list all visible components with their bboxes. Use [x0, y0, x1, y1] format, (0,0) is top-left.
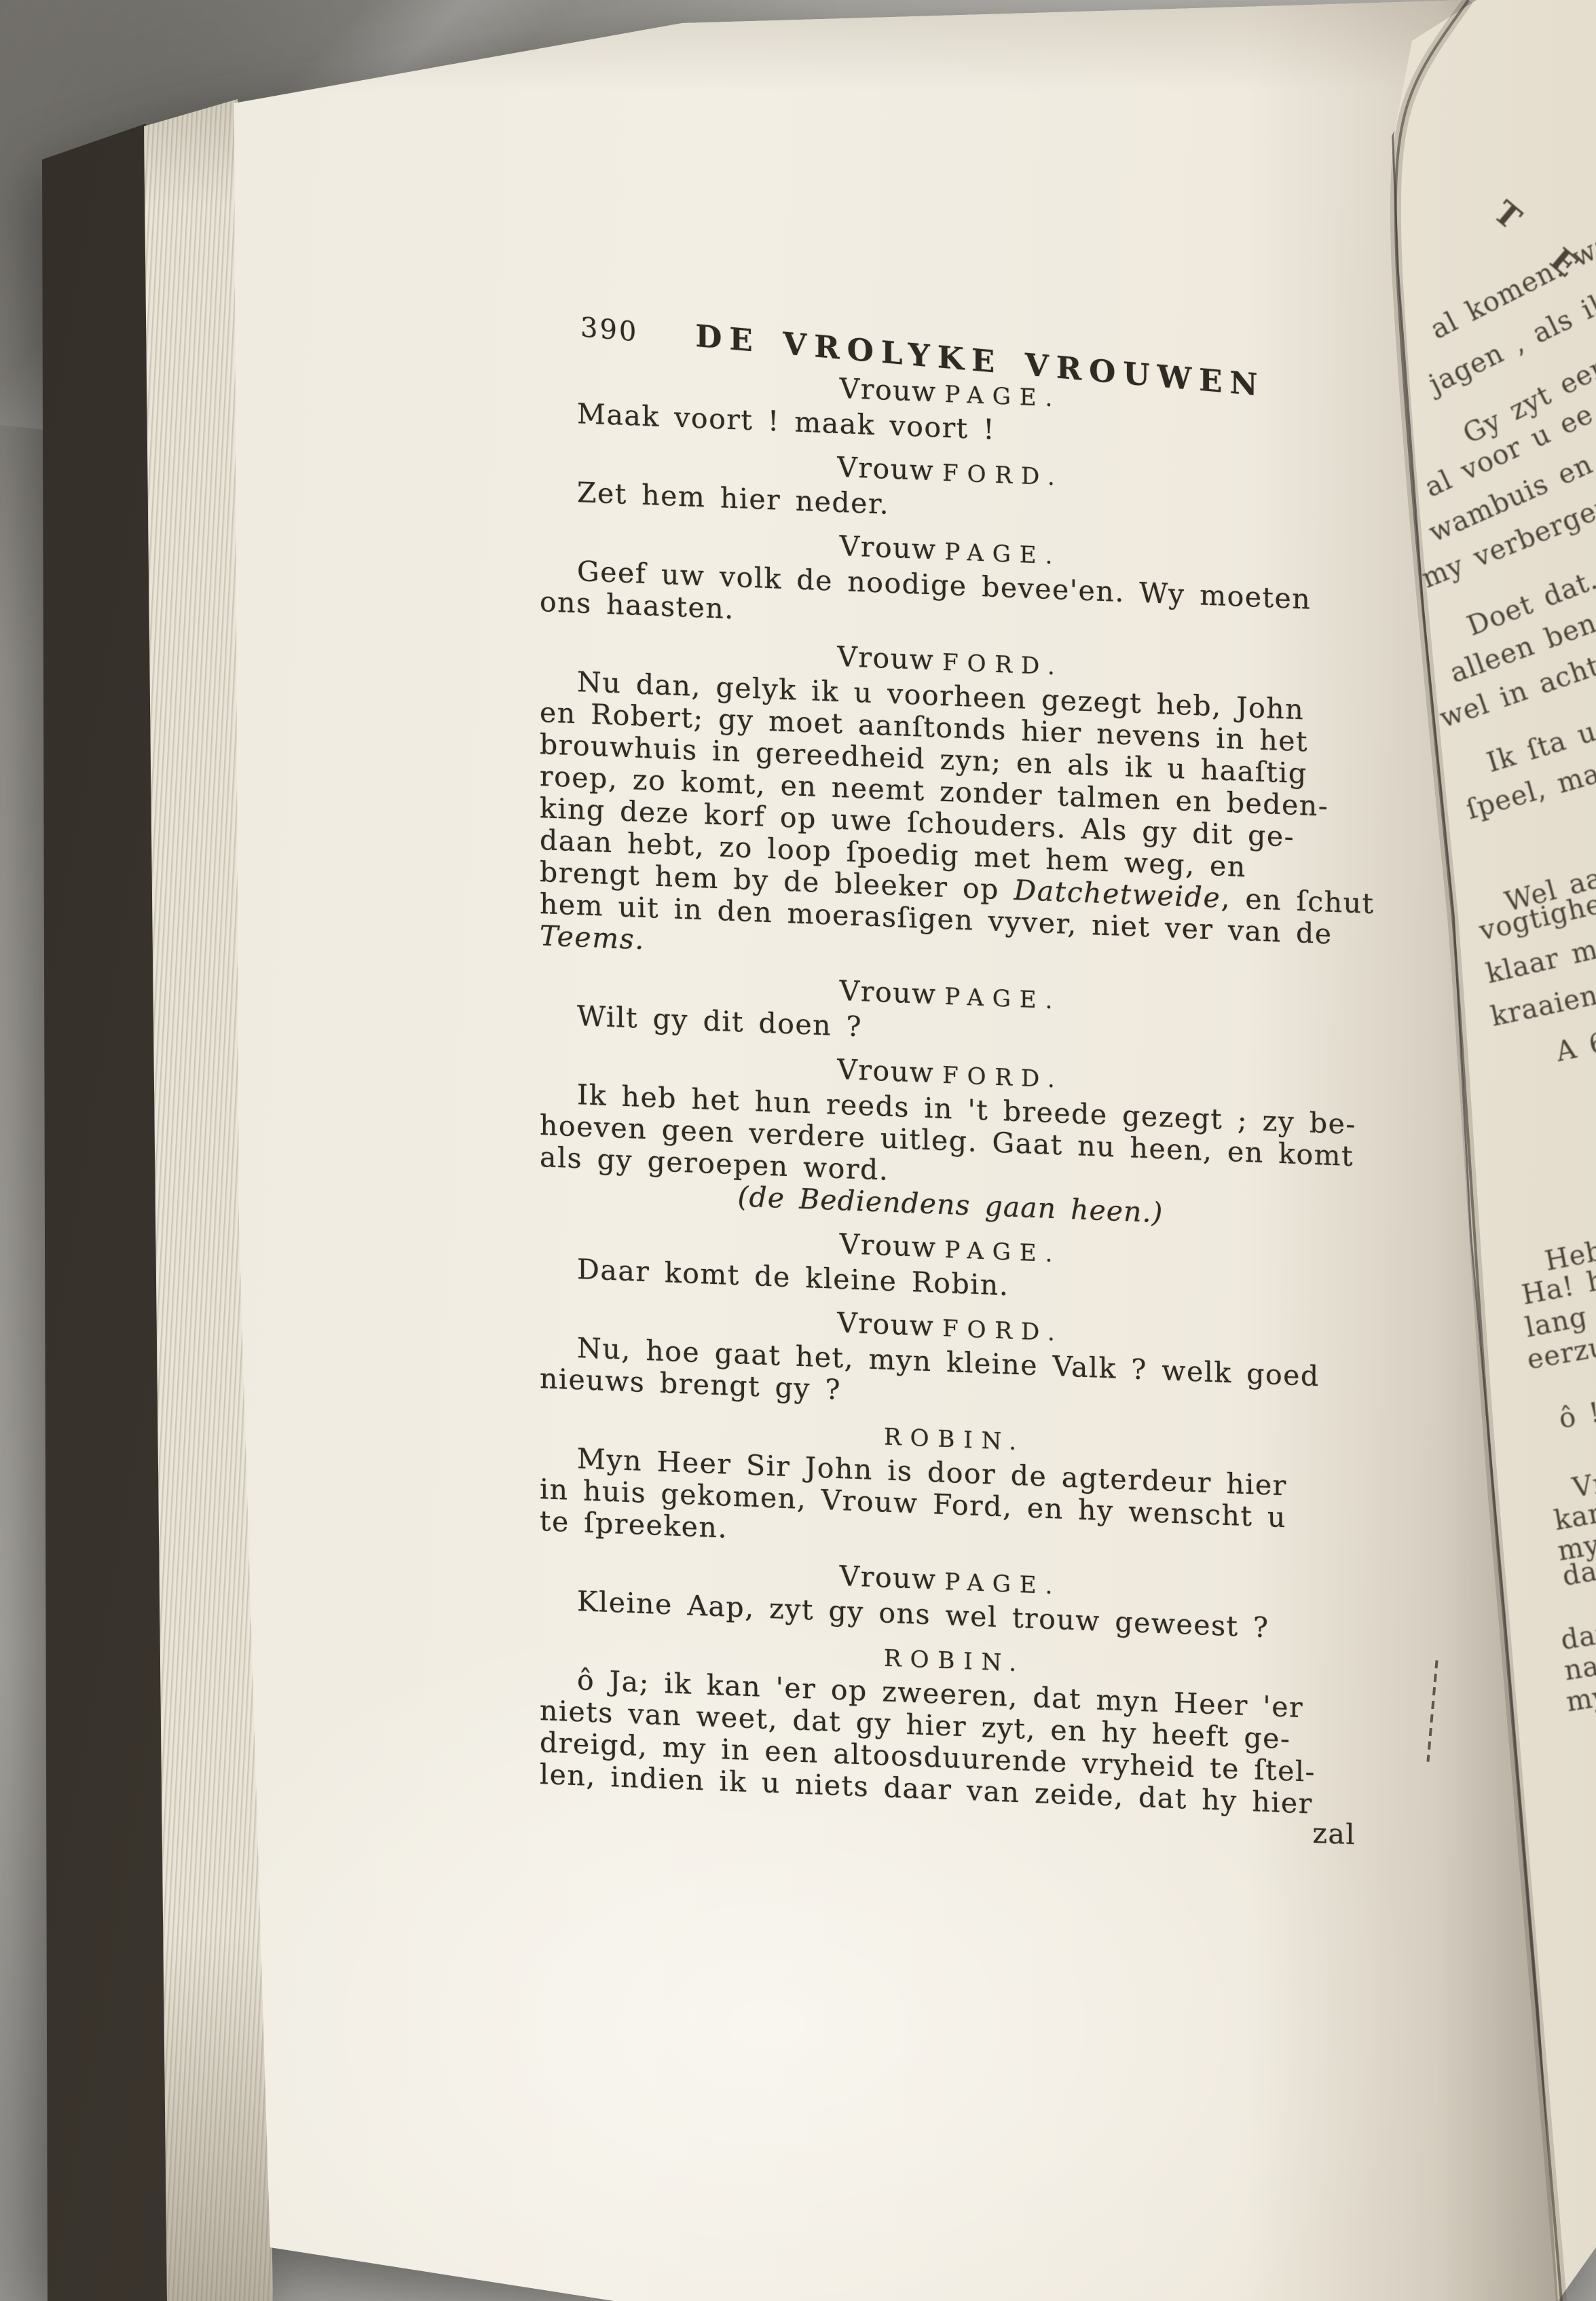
text-line: hem uit in den moerasſigen vyver, niet v…: [540, 888, 1361, 951]
page-header: 390 DE VROLYKE VROUWEN: [540, 304, 1361, 417]
text-line: brouwhuis in gereedheid zyn; en als ik u…: [540, 729, 1361, 792]
text-line: Maak voort ! maak voort !: [540, 397, 1361, 460]
text-line: ô Ja; ik kan 'er op zweeren, dat myn Hee…: [540, 1663, 1361, 1726]
ink-smudge: [1426, 1660, 1438, 1762]
text-line: Nu, hoe gaat het, myn kleine Valk ? welk…: [540, 1331, 1361, 1394]
speaker-heading: VrouwFORD.: [540, 1042, 1361, 1105]
text-line: ons haasten.: [540, 586, 1361, 649]
text-line: als gy geroepen word.: [540, 1141, 1361, 1204]
text-line: te ſpreeken.: [540, 1505, 1361, 1568]
text-line: Zet hem hier neder.: [540, 475, 1361, 538]
text-line: daan hebt, zo loop ſpoedig met hem weg, …: [540, 824, 1361, 887]
text-line: Myn Heer Sir John is door de agterdeur h…: [540, 1441, 1361, 1505]
text-line: Wilt gy dit doen ?: [540, 999, 1361, 1062]
stage-direction: (de Bediendens gaan heen.): [540, 1173, 1361, 1236]
speaker-heading: VrouwPAGE.: [540, 1217, 1361, 1280]
text-line: roep, zo komt, en neemt zonder talmen en…: [540, 760, 1361, 824]
text-line: len, indien ik u niets daar van zeide, d…: [540, 1759, 1361, 1822]
text-line: dreigd, my in een altoosduurende vryheid…: [540, 1727, 1361, 1790]
speaker-heading: ROBIN.: [540, 1627, 1361, 1691]
speaker-heading: VrouwPAGE.: [540, 1549, 1361, 1612]
text-line: in huis gekomen, Vrouw Ford, en hy wensc…: [540, 1473, 1361, 1536]
right-page-fragment: A 6: [1553, 1027, 1596, 1068]
running-title: DE VROLYKE VROUWEN: [695, 318, 1265, 403]
text-line: hoeven geen verdere uitleg. Gaat nu heen…: [540, 1109, 1361, 1173]
speaker-heading: VrouwFORD.: [540, 629, 1361, 693]
right-page-fragment: ô !: [1557, 1397, 1596, 1435]
text-line: Kleine Aap, zyt gy ons wel trouw geweest…: [540, 1584, 1361, 1647]
right-page-fragment: my: [1564, 1680, 1596, 1718]
text-line: king deze korf op uwe ſchouders. Als gy …: [540, 792, 1361, 855]
text-line: Ik heb het hun reeds in 't breede gezegt…: [540, 1078, 1361, 1141]
text-line: en Robert; gy moet aanſtonds hier nevens…: [540, 697, 1361, 760]
left-page-text-block: 390 DE VROLYKE VROUWEN VrouwPAGE. Maak v…: [540, 304, 1361, 1851]
text-line: Daar komt de kleine Robin.: [540, 1252, 1361, 1315]
text-line: Teems.: [540, 920, 1361, 983]
catchword: zal: [540, 1788, 1361, 1851]
text-line: niets van weet, dat gy hier zyt, en hy h…: [540, 1695, 1361, 1758]
open-book: 390 DE VROLYKE VROUWEN VrouwPAGE. Maak v…: [0, 0, 1596, 2301]
speaker-heading: ROBIN.: [540, 1406, 1361, 1469]
speaker-heading: VrouwPAGE.: [540, 519, 1361, 582]
speaker-heading: VrouwFORD.: [540, 440, 1361, 503]
speaker-heading: VrouwFORD.: [540, 1295, 1361, 1359]
speaker-heading: VrouwPAGE.: [540, 361, 1361, 424]
text-line: Geef uw volk de noodige bevee'en. Wy moe…: [540, 554, 1361, 617]
text-line: brengt hem by de bleeker op Datchetweide…: [540, 856, 1361, 919]
text-line: nieuws brengt gy ?: [540, 1363, 1361, 1426]
page-number: 390: [580, 312, 638, 348]
right-page-fragment: dat: [1559, 1618, 1596, 1656]
text-line: Nu dan, gelyk ik u voorheen gezegt heb, …: [540, 665, 1361, 728]
speaker-heading: VrouwPAGE.: [540, 963, 1361, 1027]
